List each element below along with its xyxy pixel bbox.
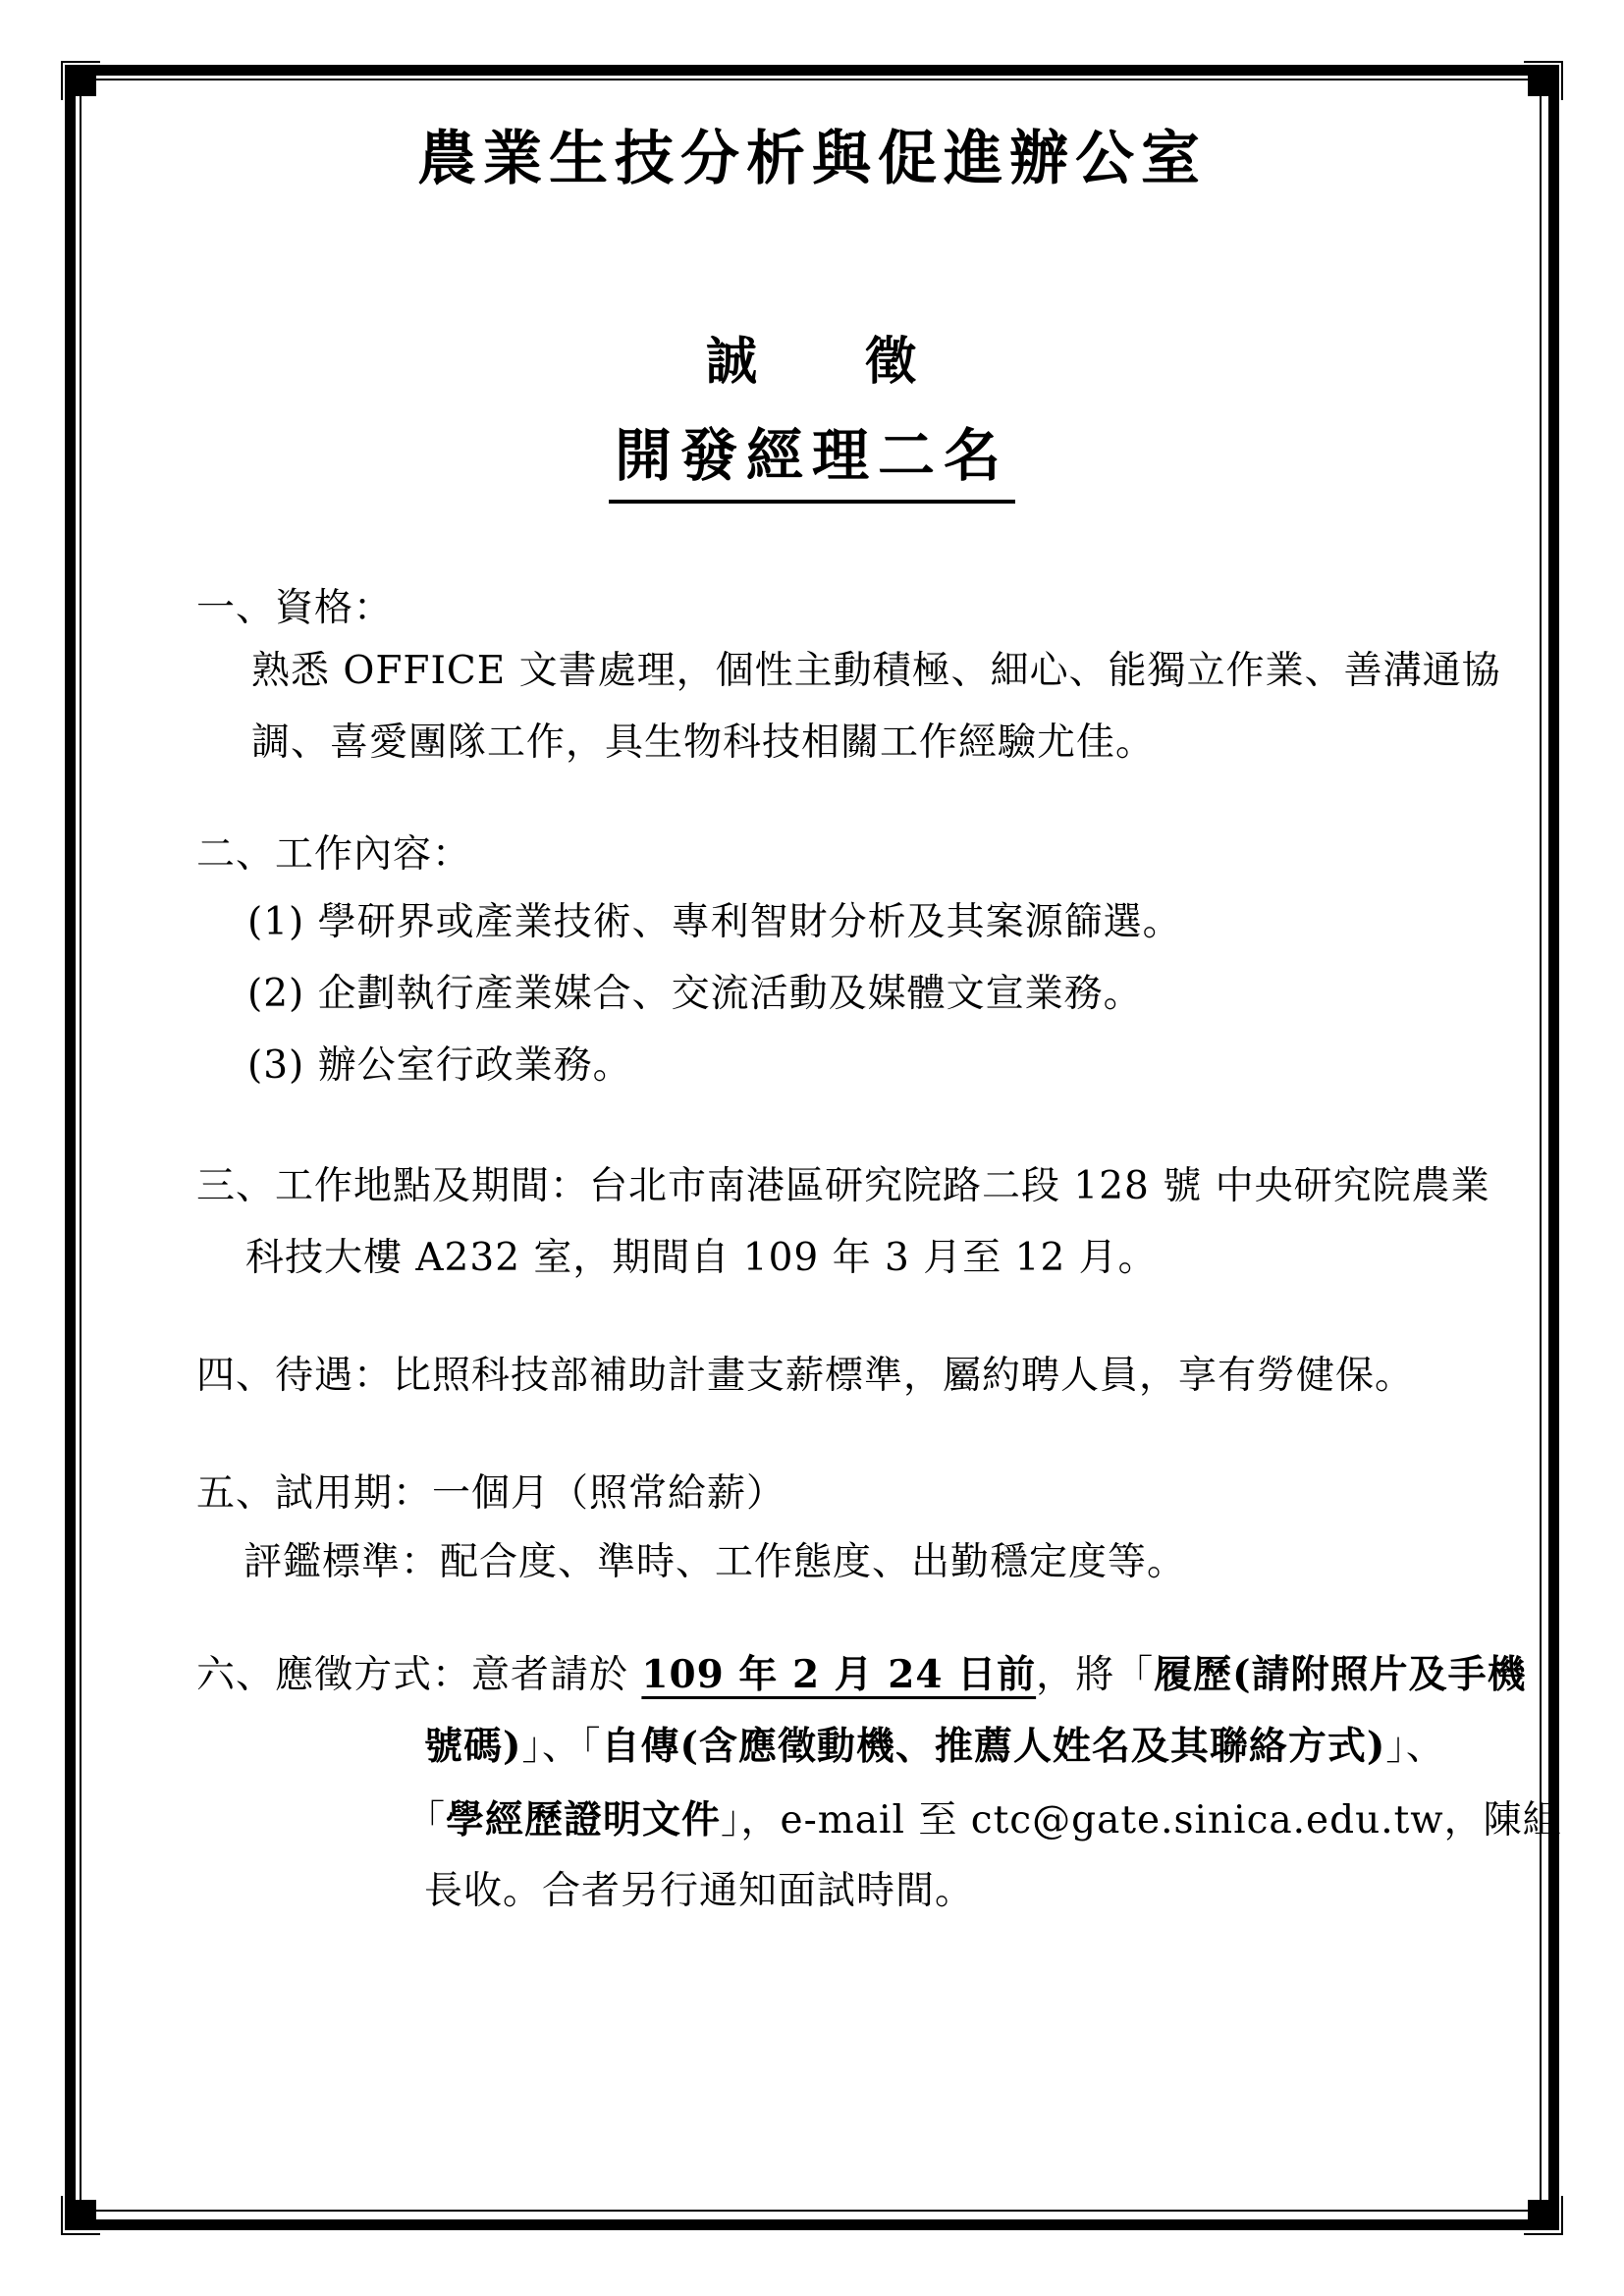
border-corner-line [61, 61, 63, 100]
border-corner-line [61, 2196, 63, 2235]
section-6-line-2-tail: 」、 [1385, 1725, 1445, 1769]
border-corner-line [1524, 61, 1563, 63]
section-6-line-3-open-bracket: 「 [406, 1798, 446, 1842]
section-4-line-1: 四、待遇：比照科技部補助計畫支薪標準，屬約聘人員，享有勞健保。 [196, 1353, 1414, 1401]
resume-requirement: 履歷(請附照片及手機 [1154, 1652, 1526, 1697]
border-corner-block-bottom-right [1528, 2200, 1551, 2223]
section-6-line-1-mid: ，將「 [1036, 1653, 1154, 1697]
recruiting-label: 誠 徵 [0, 330, 1624, 394]
section-6-line-2: 號碼)」、「自傳(含應徵動機、推薦人姓名及其聯絡方式)」、 [424, 1723, 1445, 1772]
position-title: 開發經理二名 [609, 420, 1015, 504]
autobiography-requirement: 自傳(含應徵動機、推薦人姓名及其聯絡方式) [601, 1724, 1385, 1769]
border-corner-block-top-left [73, 73, 96, 96]
document-title: 農業生技分析與促進辦公室 [0, 123, 1624, 196]
section-6-line-2-sep: 」、「 [521, 1725, 601, 1769]
position-title-row: 開發經理二名 [0, 420, 1624, 504]
section-2-item-1: (1) 學研界或產業技術、專利智財分析及其案源篩選。 [247, 899, 1182, 947]
border-corner-line [61, 2233, 100, 2235]
section-3-line-2: 科技大樓 A232 室，期間自 109 年 3 月至 12 月。 [245, 1235, 1158, 1283]
certificates-requirement: 學經歷證明文件 [446, 1797, 721, 1842]
section-2-item-3: (3) 辦公室行政業務。 [247, 1042, 632, 1091]
section-5-line-1: 五、試用期：一個月（照常給薪） [196, 1470, 785, 1519]
border-corner-block-top-right [1528, 73, 1551, 96]
section-1-line-2: 調、喜愛團隊工作，具生物科技相關工作經驗尤佳。 [251, 720, 1155, 768]
section-6-line-3-email: 」，e-mail 至 ctc@gate.sinica.edu.tw，陳組 [721, 1798, 1562, 1842]
application-deadline: 109 年 2 月 24 日前 [641, 1652, 1036, 1697]
job-posting-document: { "page": { "title": "農業生技分析與促進辦公室", "su… [0, 0, 1624, 2296]
border-corner-line [1561, 2196, 1563, 2235]
section-5-line-2: 評鑑標準：配合度、準時、工作態度、出勤穩定度等。 [244, 1539, 1186, 1587]
resume-requirement-cont: 號碼) [424, 1724, 521, 1769]
section-1-header: 一、資格： [196, 585, 393, 633]
border-corner-line [1561, 61, 1563, 100]
section-6-line-1-lead: 六、應徵方式：意者請於 [196, 1653, 641, 1697]
border-corner-line [61, 61, 100, 63]
section-2-item-2: (2) 企劃執行產業媒合、交流活動及媒體文宣業務。 [247, 971, 1143, 1019]
section-1-line-1: 熟悉 OFFICE 文書處理，個性主動積極、細心、能獨立作業、善溝通協 [251, 648, 1501, 696]
border-corner-line [1524, 2233, 1563, 2235]
section-6-line-1: 六、應徵方式：意者請於 109 年 2 月 24 日前，將「履歷(請附照片及手機 [196, 1651, 1527, 1700]
section-2-header: 二、工作內容： [196, 831, 471, 880]
section-6-line-3: 「學經歷證明文件」，e-mail 至 ctc@gate.sinica.edu.t… [406, 1796, 1562, 1845]
section-6-line-4: 長收。合者另行通知面試時間。 [424, 1868, 974, 1916]
section-3-line-1: 三、工作地點及期間：台北市南港區研究院路二段 128 號 中央研究院農業 [196, 1163, 1490, 1211]
border-corner-block-bottom-left [73, 2200, 96, 2223]
